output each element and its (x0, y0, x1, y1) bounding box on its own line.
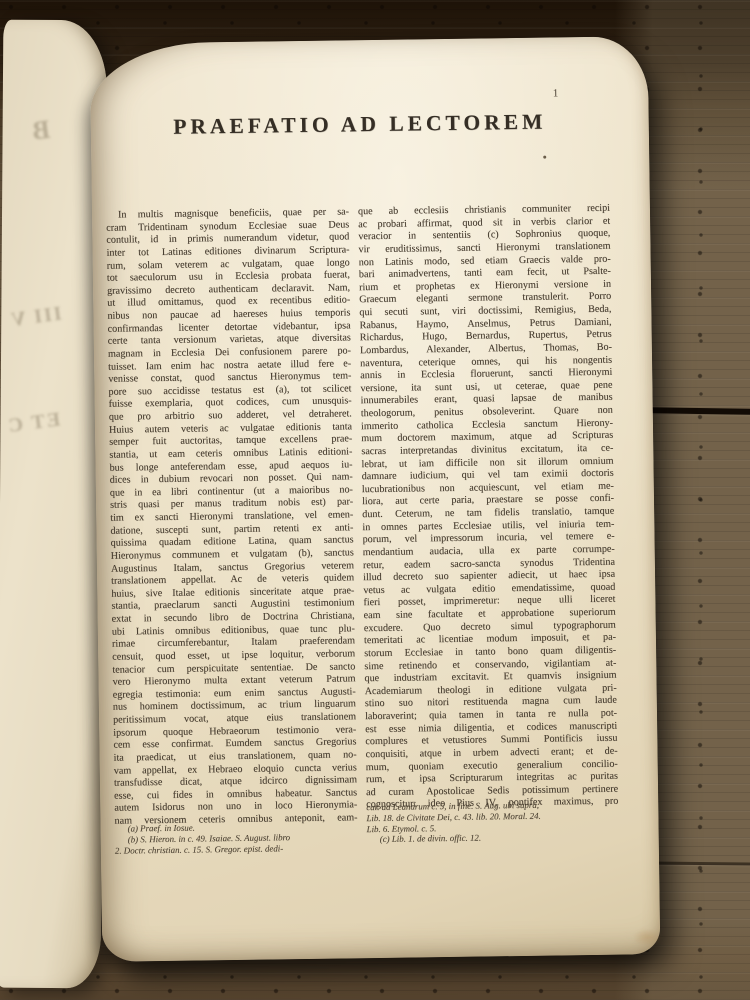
footnote-line: (c) Lib. 1. de divin. offic. 12. (367, 831, 619, 845)
text-column-right: que ab ecclesiis christianis communiter … (358, 203, 619, 825)
ghost-showthrough-text: III V (8, 303, 63, 333)
ghost-showthrough-text: B (29, 115, 52, 147)
footnotes-right: cat. ad Leandrum c. 5, in fine. S. Aug. … (366, 799, 619, 846)
ghost-showthrough-text: ET C (5, 408, 61, 438)
footnotes-left: (a) Praef. in Iosue.(b) S. Hieron. in c.… (115, 820, 358, 856)
book-page: 1 PRAEFATIO AD LECTOREM In multis magnis… (90, 36, 661, 962)
paper-speck (543, 156, 546, 159)
page-number: 1 (553, 87, 559, 99)
page-title: PRAEFATIO AD LECTOREM (103, 109, 617, 141)
text-column-left: In multis magnisque beneficiis, quae per… (106, 206, 358, 828)
text-columns: In multis magnisque beneficiis, quae per… (106, 203, 625, 829)
